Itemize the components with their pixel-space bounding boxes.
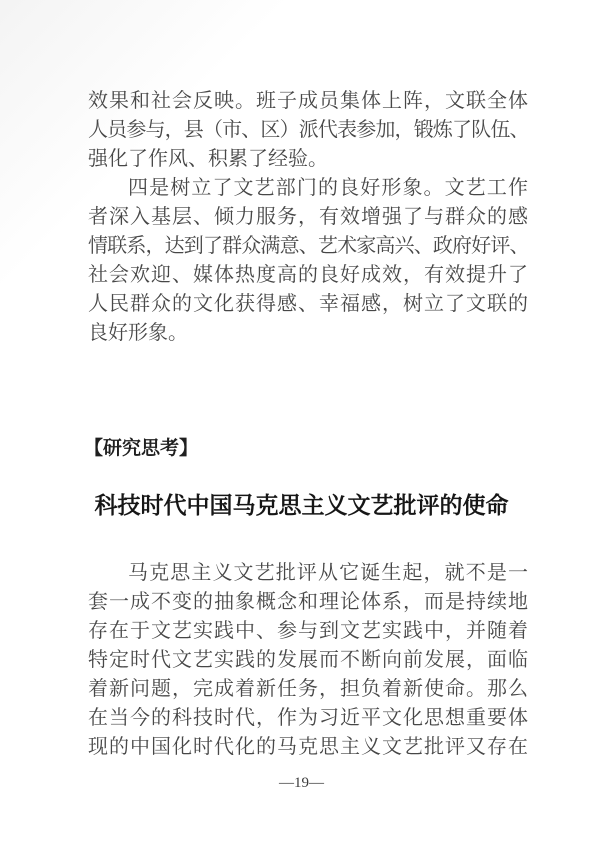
text-line: 情联系，达到了群众满意、艺术家高兴、政府好评、 — [88, 232, 528, 261]
text-line: 强化了作风、积累了经验。 — [88, 145, 528, 174]
paragraph: 四是树立了文艺部门的良好形象。文艺工作者深入基层、倾力服务，有效增强了与群众的感… — [88, 174, 528, 348]
text-line: 人民群众的文化获得感、幸福感，树立了文联的 — [88, 290, 528, 319]
text-line: 特定时代文艺实践的发展而不断向前发展，面临 — [88, 646, 528, 675]
text-line: 着新问题，完成着新任务，担负着新使命。那么 — [88, 675, 528, 704]
text-line: 效果和社会反映。班子成员集体上阵，文联全体 — [88, 87, 528, 116]
article-body: 马克思主义文艺批评从它诞生起，就不是一套一成不变的抽象概念和理论体系，而是持续地… — [88, 559, 528, 762]
text-line: 良好形象。 — [88, 319, 528, 348]
text-line: 四是树立了文艺部门的良好形象。文艺工作 — [88, 174, 528, 203]
paragraph: 效果和社会反映。班子成员集体上阵，文联全体人员参与，县（市、区）派代表参加，锻炼… — [88, 87, 528, 174]
article-title: 科技时代中国马克思主义文艺批评的使命 — [0, 490, 603, 522]
text-line: 现的中国化时代化的马克思主义文艺批评又存在 — [88, 733, 528, 762]
text-line: 者深入基层、倾力服务，有效增强了与群众的感 — [88, 203, 528, 232]
text-line: 人员参与，县（市、区）派代表参加，锻炼了队伍、 — [88, 116, 528, 145]
page-number: —19— — [0, 773, 603, 793]
text-line: 马克思主义文艺批评从它诞生起，就不是一 — [88, 559, 528, 588]
text-line: 在当今的科技时代，作为习近平文化思想重要体 — [88, 704, 528, 733]
report-text: 效果和社会反映。班子成员集体上阵，文联全体人员参与，县（市、区）派代表参加，锻炼… — [88, 87, 528, 348]
paragraph: 马克思主义文艺批评从它诞生起，就不是一套一成不变的抽象概念和理论体系，而是持续地… — [88, 559, 528, 762]
text-line: 套一成不变的抽象概念和理论体系，而是持续地 — [88, 588, 528, 617]
text-line: 存在于文艺实践中、参与到文艺实践中，并随着 — [88, 617, 528, 646]
text-line: 社会欢迎、媒体热度高的良好成效，有效提升了 — [88, 261, 528, 290]
document-page: 效果和社会反映。班子成员集体上阵，文联全体人员参与，县（市、区）派代表参加，锻炼… — [0, 0, 603, 851]
section-marker: 【研究思考】 — [84, 436, 198, 462]
